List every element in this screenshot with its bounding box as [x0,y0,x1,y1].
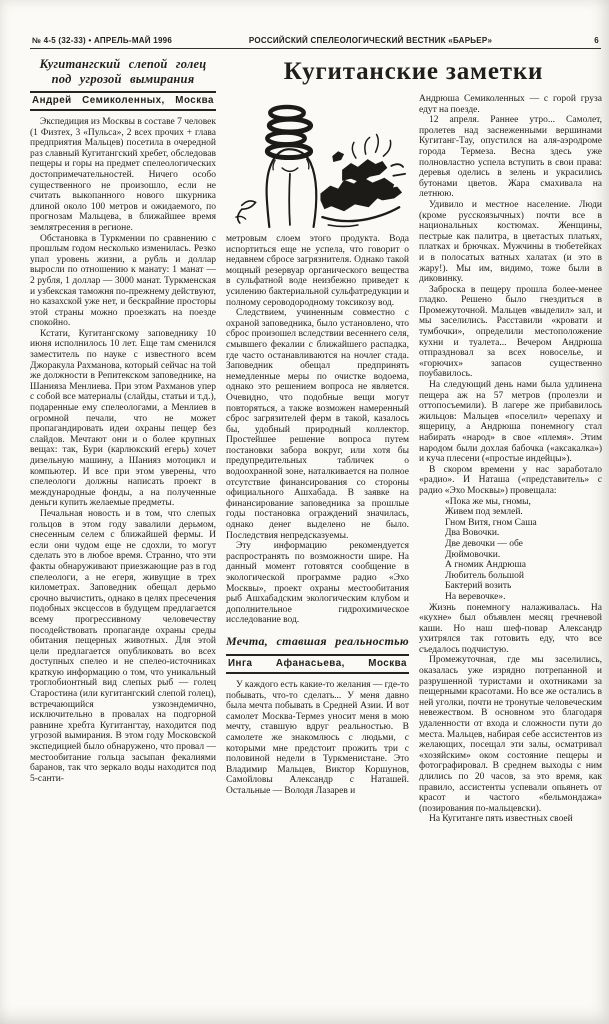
poem-block: «Пока же мы, гномы, Живем под землей. Гн… [445,497,602,603]
article1-paragraph: Печальная новость и в том, что слепых го… [30,509,216,784]
running-head: № 4-5 (32-33) • АПРЕЛЬ-МАЙ 1996 РОССИЙСК… [30,36,601,45]
column-2: метровым слоем этого продукта. Вода испо… [226,94,409,825]
article2-paragraph: 12 апреля. Раннее утро... Самолет, проле… [419,115,602,200]
title-and-columns: Кугитанские заметки [226,55,601,825]
article2-heading-block: Мечта, ставшая реальностью Инга Афанасье… [226,633,409,674]
poem-line: А гномик Андрюша [445,560,602,571]
poem-line: Дюймовочки. [445,550,602,561]
poem-line: Два Вовочки. [445,528,602,539]
article1-paragraph: Эту информацию рекомендуется распростран… [226,541,409,626]
poem-line: Любитель большой [445,571,602,582]
poem-line: «Пока же мы, гномы, [445,497,602,508]
article2-paragraph: Заброска в пещеру прошла более-менее гла… [419,285,602,380]
article1-title-line1: Кугитангский слепой голец [40,57,207,71]
ink-sketch-illustration [226,96,409,230]
article1-paragraph: Кстати, Кугитангскому заповеднику 10 июн… [30,329,216,509]
article1-paragraph: Экспедиция из Москвы в составе 7 человек… [30,117,216,234]
column-1: Кугитангский слепой голец под угрозой вы… [30,55,216,825]
issue-info: № 4-5 (32-33) • АПРЕЛЬ-МАЙ 1996 [32,36,172,45]
article2-paragraph: На Кугитанге пять известных своей [419,814,602,825]
article1-paragraph: Следствием, учиненным совместно с охрано… [226,308,409,541]
column-3: Андрюша Семиколенных — с горой груза еду… [419,94,602,825]
page-number: 6 [569,36,599,45]
journal-title: РОССИЙСКИЙ СПЕЛЕОЛОГИЧЕСКИЙ ВЕСТНИК «БАР… [172,36,569,45]
article2-paragraph: Жизнь понемногу налаживалась. На «кухне»… [419,603,602,656]
article2-paragraph: У каждого есть какие-то желания — где-то… [226,680,409,797]
article1-paragraph-continued: метровым слоем этого продукта. Вода испо… [226,234,409,308]
poem-line: Живем под землей. [445,507,602,518]
columns-2-3: метровым слоем этого продукта. Вода испо… [226,94,601,825]
article2-paragraph: На следующий день нами была удлинена пещ… [419,380,602,465]
article2-byline: Инга Афанасьева, Москва [226,654,409,674]
article2-paragraph: Удивило и местное население. Люди (кроме… [419,200,602,285]
ink-sketch-drawing [226,96,409,230]
page-content: Кугитангский слепой голец под угрозой вы… [30,55,601,825]
article1-title: Кугитангский слепой голец под угрозой вы… [30,55,216,91]
poem-line: Гном Витя, гном Саша [445,518,602,529]
poem-line: Бактерий возить [445,581,602,592]
article2-paragraph: Промежуточная, где мы заселились, оказал… [419,655,602,814]
scanned-newsletter-page: № 4-5 (32-33) • АПРЕЛЬ-МАЙ 1996 РОССИЙСК… [0,0,609,1024]
header-rule [30,48,601,49]
article2-paragraph-continued: Андрюша Семиколенных — с горой груза еду… [419,94,602,115]
page-title: Кугитанские заметки [226,58,601,86]
article1-byline: Андрей Семиколенных, Москва [30,91,216,111]
poem-line: Две девочки — обе [445,539,602,550]
poem-line: На веревочке». [445,592,602,603]
article2-title: Мечта, ставшая реальностью [226,633,409,654]
article1-paragraph: Обстановка в Туркмении по сравнению с пр… [30,234,216,329]
article2-paragraph: В скором времени у нас заработало «радио… [419,465,602,497]
article1-title-line2: под угрозой вымирания [52,72,195,86]
